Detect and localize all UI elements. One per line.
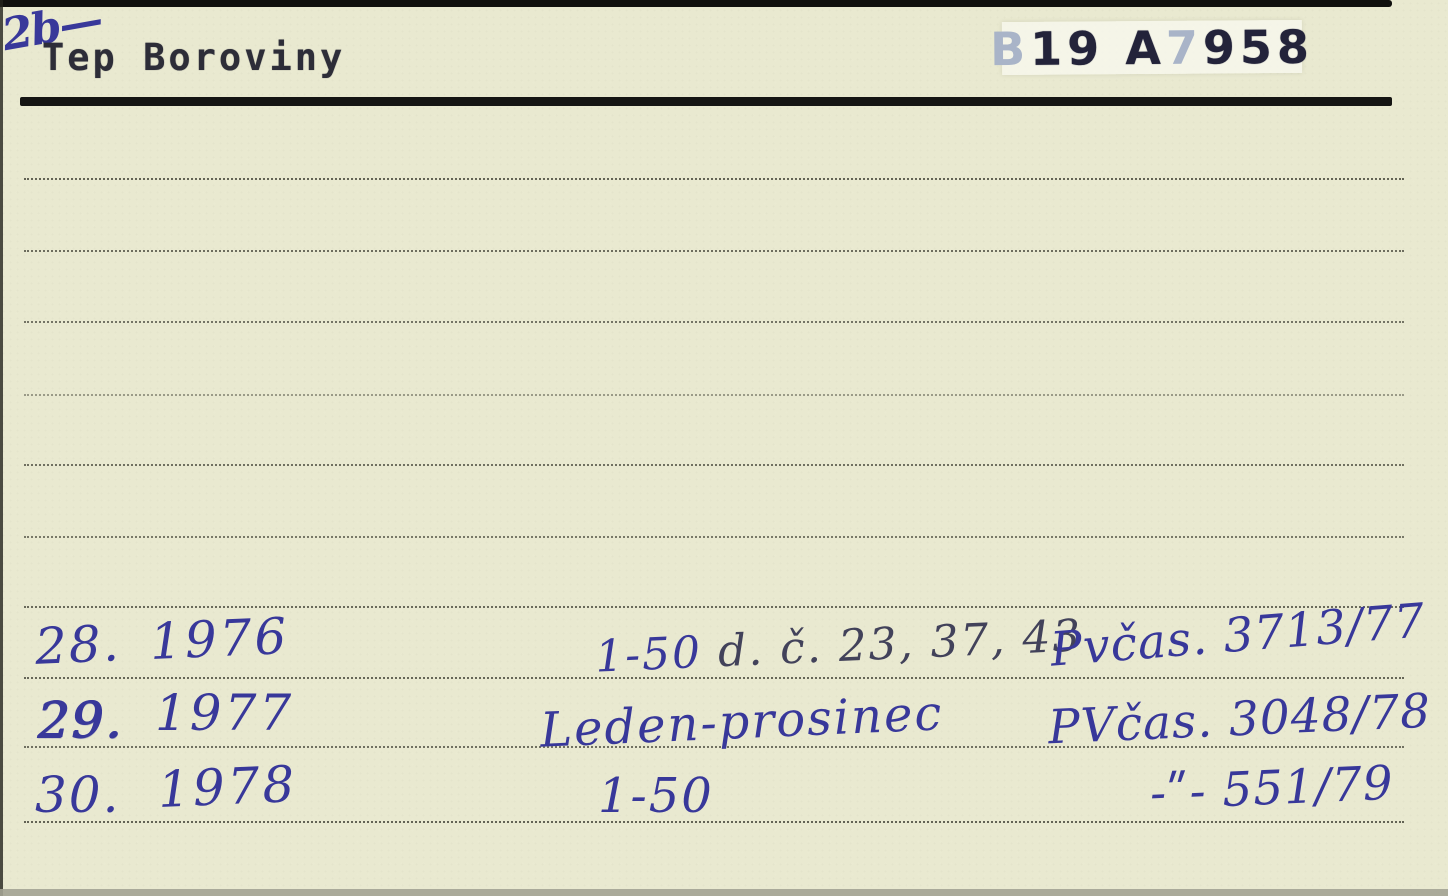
catalog-number-stamp: B19 A7958 [1002,20,1302,75]
entry-reference: -ʺ- 551/79 [1149,760,1394,818]
entry-issues-range: 1-50 [598,768,714,824]
entry-issues-range: 1-50 [594,626,719,682]
ruled-line [24,250,1404,252]
stamp-main-left: 19 A [1030,20,1166,75]
entry-number: 29. [38,695,124,745]
entry-issues-detail: d. č. 23, 37, 43 [717,610,1084,677]
ruled-line [24,536,1404,538]
entry-year: 1977 [155,688,294,738]
entry-number: 30. [35,770,121,820]
entry-issues: Leden-prosinec [539,689,944,755]
stamp-text: B19 A7958 [990,23,1314,71]
entry-reference: Pvčas. 3713/77 [1049,597,1427,673]
stamp-faint-mid: 7 [1166,20,1203,74]
card-top-edge [0,0,1392,7]
header-divider-rule [20,97,1392,106]
entry-number: 28. [34,618,122,672]
ruled-line [24,178,1404,180]
ruled-line [24,394,1404,396]
ruled-line [24,321,1404,323]
ruled-line [24,606,1404,608]
index-card: 2b— Tep Boroviny B19 A7958 28. 1976 1-50… [0,0,1448,896]
entry-issues: 1-50 [598,772,714,820]
card-bottom-edge [0,889,1448,896]
entry-year: 1976 [149,611,290,667]
ruled-line [24,821,1404,823]
entry-reference: PVčas. 3048/78 [1047,688,1432,752]
ruled-line [24,464,1404,466]
card-title: Tep Boroviny [42,36,345,79]
stamp-faint-prefix: B [990,21,1030,75]
card-left-edge [0,0,3,896]
stamp-main-right: 958 [1203,19,1314,74]
entry-year: 1978 [157,759,298,815]
entry-issues: 1-50 d. č. 23, 37, 43 [594,614,1083,679]
